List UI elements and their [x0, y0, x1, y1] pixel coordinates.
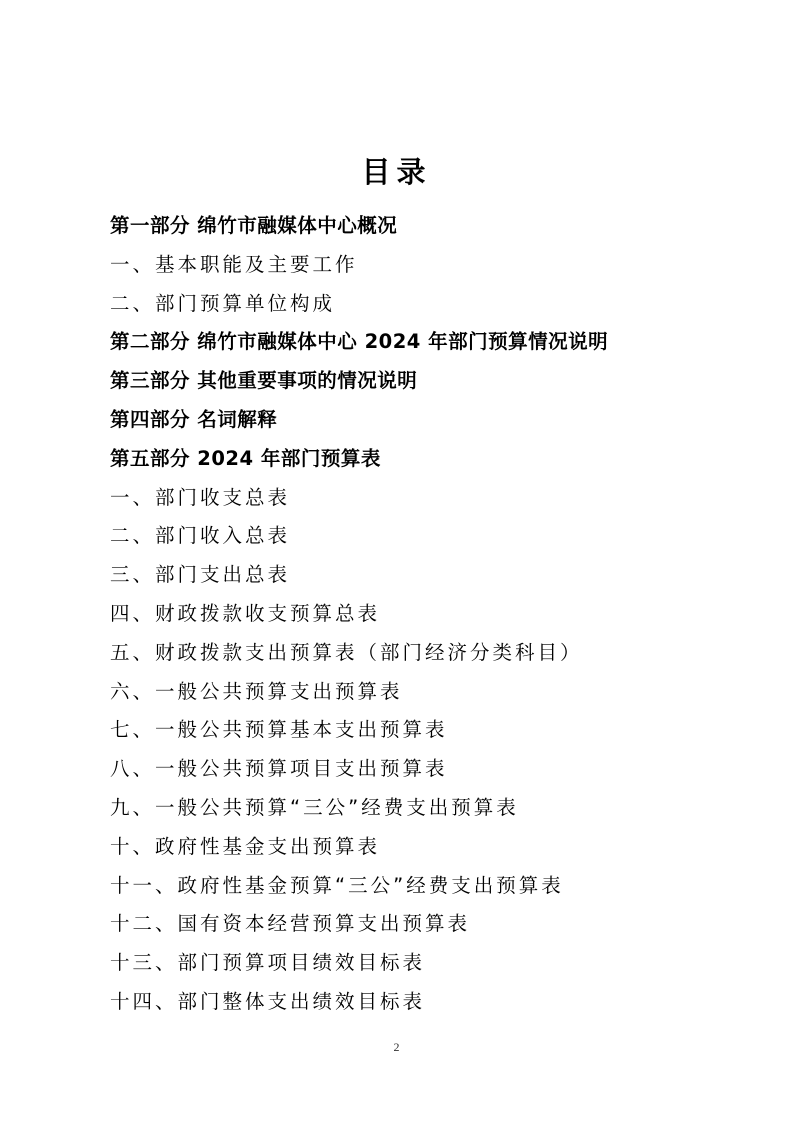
- toc-part-1[interactable]: 第一部分 绵竹市融媒体中心概况: [110, 207, 733, 246]
- toc-part-4[interactable]: 第四部分 名词解释: [110, 401, 733, 440]
- page-number: 2: [0, 1040, 793, 1055]
- toc-item[interactable]: 二、部门预算单位构成: [110, 285, 733, 324]
- toc-item[interactable]: 四、财政拨款收支预算总表: [110, 595, 733, 634]
- toc-item[interactable]: 七、一般公共预算基本支出预算表: [110, 711, 733, 750]
- toc-item[interactable]: 十四、部门整体支出绩效目标表: [110, 983, 733, 1022]
- table-of-contents: 第一部分 绵竹市融媒体中心概况 一、基本职能及主要工作 二、部门预算单位构成 第…: [110, 207, 733, 1022]
- toc-item[interactable]: 十一、政府性基金预算“三公”经费支出预算表: [110, 867, 733, 906]
- toc-part-5[interactable]: 第五部分 2024 年部门预算表: [110, 440, 733, 479]
- page-title: 目录: [0, 152, 793, 192]
- toc-item[interactable]: 三、部门支出总表: [110, 556, 733, 595]
- toc-item[interactable]: 十二、国有资本经营预算支出预算表: [110, 905, 733, 944]
- toc-item[interactable]: 十、政府性基金支出预算表: [110, 828, 733, 867]
- toc-item[interactable]: 六、一般公共预算支出预算表: [110, 673, 733, 712]
- toc-part-2[interactable]: 第二部分 绵竹市融媒体中心 2024 年部门预算情况说明: [110, 323, 733, 362]
- toc-part-3[interactable]: 第三部分 其他重要事项的情况说明: [110, 362, 733, 401]
- toc-item[interactable]: 五、财政拨款支出预算表（部门经济分类科目）: [110, 634, 733, 673]
- toc-item[interactable]: 一、部门收支总表: [110, 479, 733, 518]
- toc-item[interactable]: 九、一般公共预算“三公”经费支出预算表: [110, 789, 733, 828]
- toc-item[interactable]: 十三、部门预算项目绩效目标表: [110, 944, 733, 983]
- toc-item[interactable]: 一、基本职能及主要工作: [110, 246, 733, 285]
- toc-item[interactable]: 二、部门收入总表: [110, 517, 733, 556]
- toc-item[interactable]: 八、一般公共预算项目支出预算表: [110, 750, 733, 789]
